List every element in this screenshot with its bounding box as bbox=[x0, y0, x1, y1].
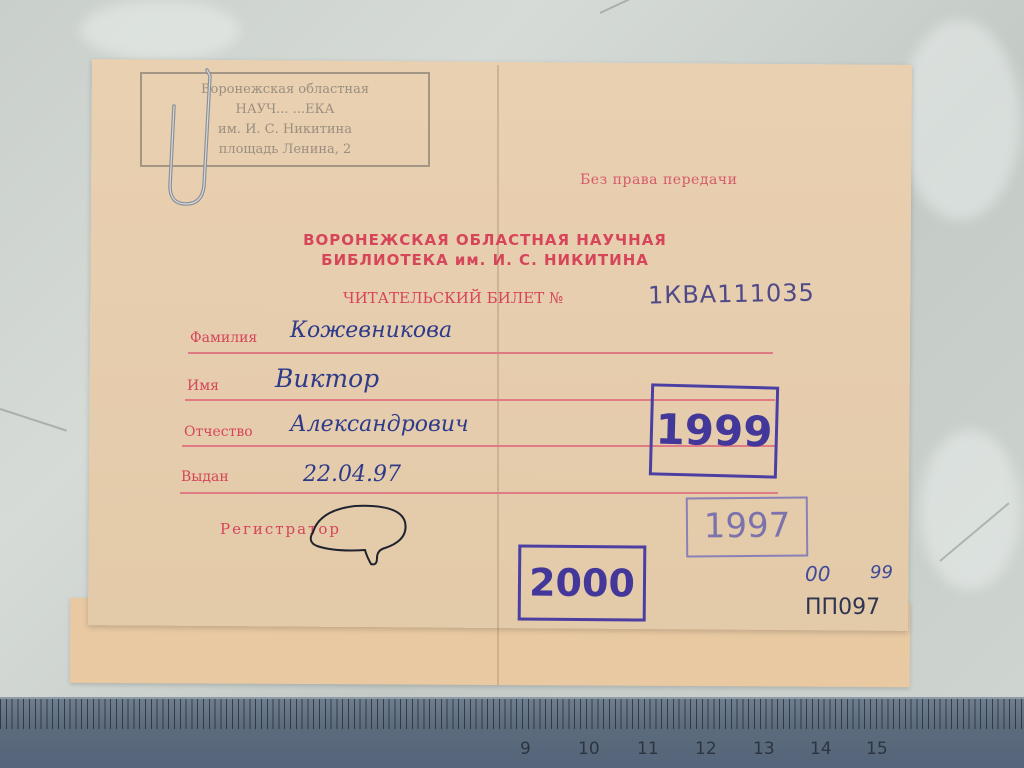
name-label: Имя bbox=[187, 378, 219, 394]
ruler-number: 14 bbox=[810, 739, 832, 759]
library-name: ВОРОНЕЖСКАЯ ОБЛАСТНАЯ НАУЧНАЯ БИБЛИОТЕКА… bbox=[240, 230, 730, 270]
patronymic-label: Отчество bbox=[184, 424, 253, 440]
surname-label: Фамилия bbox=[190, 330, 257, 346]
card-fold-line bbox=[497, 65, 499, 685]
registrar-signature bbox=[305, 502, 415, 572]
ruler-number: 10 bbox=[578, 739, 600, 759]
marble-highlight bbox=[920, 430, 1020, 590]
note-99: 99 bbox=[870, 562, 893, 583]
note-00: 00 bbox=[805, 562, 830, 586]
name-value: Виктор bbox=[275, 364, 379, 393]
ruler-number: 13 bbox=[753, 739, 775, 759]
validity-stamp-1999: 1999 bbox=[649, 383, 779, 478]
surname-underline bbox=[188, 352, 773, 354]
note-code: ПП097 bbox=[805, 595, 880, 620]
library-name-line-1: ВОРОНЕЖСКАЯ ОБЛАСТНАЯ НАУЧНАЯ bbox=[240, 230, 730, 250]
card-number: 1КВА111035 bbox=[648, 279, 815, 310]
validity-stamp-1997: 1997 bbox=[686, 496, 809, 557]
ruler-number: 9 bbox=[520, 739, 531, 759]
validity-stamp-2000: 2000 bbox=[518, 544, 647, 621]
issued-label: Выдан bbox=[181, 469, 229, 485]
marble-highlight bbox=[900, 20, 1020, 220]
patronymic-value: Александрович bbox=[290, 412, 469, 437]
no-transfer-notice: Без права передачи bbox=[580, 172, 737, 188]
ruler-ticks bbox=[0, 699, 1024, 729]
issued-underline bbox=[180, 492, 778, 494]
surname-value: Кожевникова bbox=[290, 318, 452, 343]
reader-card-label: ЧИТАТЕЛЬСКИЙ БИЛЕТ № bbox=[343, 289, 563, 307]
ruler-number: 11 bbox=[637, 739, 659, 759]
marble-vein bbox=[600, 0, 655, 14]
ruler-number: 12 bbox=[695, 739, 717, 759]
issued-date: 22.04.97 bbox=[303, 462, 401, 487]
metal-ruler: 9 10 11 12 13 14 15 bbox=[0, 697, 1024, 768]
ruler-number: 15 bbox=[866, 739, 888, 759]
paperclip-icon bbox=[160, 66, 220, 211]
marble-highlight bbox=[80, 0, 240, 60]
library-name-line-2: БИБЛИОТЕКА им. И. С. НИКИТИНА bbox=[240, 250, 730, 270]
marble-vein bbox=[0, 408, 67, 432]
